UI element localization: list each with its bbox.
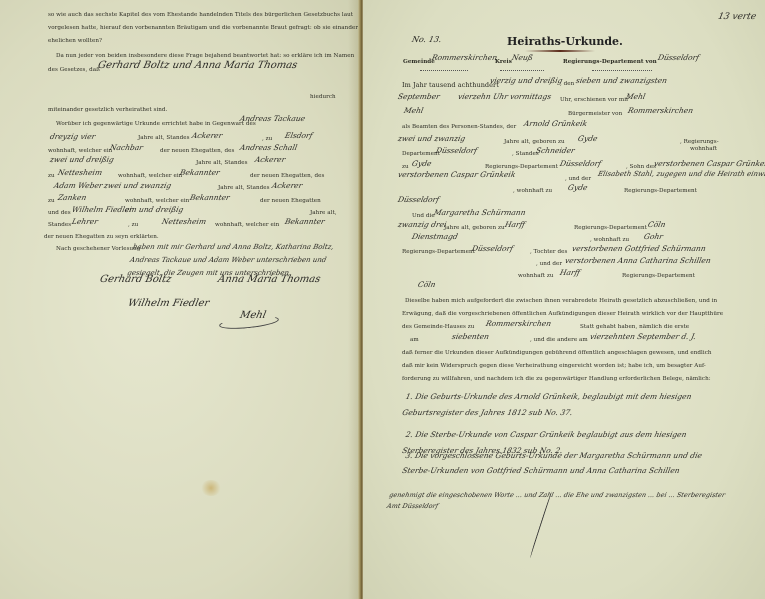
document-list-item-1: 1. Die Geburts-Urkunde des Arnold Grünke… xyxy=(401,389,738,421)
witness1-status: Ackerer xyxy=(191,131,223,140)
printed-line: hiedurch xyxy=(310,94,336,100)
gemeinde-value: Rommerskirchen xyxy=(431,53,498,62)
printed-line: der neuen Ehegatten, des xyxy=(160,148,234,154)
witness2-relation: Bekannter xyxy=(179,168,221,177)
groom-age: zwei und zwanzig xyxy=(397,134,466,143)
printed-line: ehelichen wollten? xyxy=(48,38,102,44)
document-list-item-3: 3. Die vorgeschlossene Geburts-Urkunde d… xyxy=(401,448,707,478)
year-value: vierzig und dreißig xyxy=(489,76,563,85)
printed-line: , den xyxy=(560,81,574,87)
printed-paragraph: daß mir kein Widerspruch gegen diese Ver… xyxy=(402,363,706,369)
bride-father: verstorbenen Gottfried Schürmann xyxy=(571,244,707,253)
printed-paragraph: am xyxy=(410,337,419,343)
witness1-relation: Nachbar xyxy=(109,143,144,152)
witness4-age: ein und dreißig xyxy=(124,205,184,214)
record-number: No. 13. xyxy=(411,35,442,44)
printed-line: Jahre alt, Standes xyxy=(138,135,190,141)
kreis-label: Kreis xyxy=(495,59,512,65)
printed-line: zu xyxy=(48,173,55,179)
handwritten-spouses: Gerhard Boltz und Anna Maria Thomas xyxy=(97,60,299,71)
mother2-department: Cöln xyxy=(417,280,436,289)
printed-line: , zu xyxy=(262,136,272,142)
witness2-age: zwei und dreißig xyxy=(49,155,115,164)
witness2-place: Nettesheim xyxy=(57,168,103,177)
document-title: Heiraths-Urkunde. xyxy=(507,35,623,48)
month-value: September xyxy=(397,92,441,101)
mayor-town-value: Rommerskirchen xyxy=(627,106,694,115)
witness1-name: Andreas Tackaue xyxy=(239,114,306,123)
printed-line: vorgelesen hatte, hierauf den vorbenannt… xyxy=(48,25,358,31)
witness3-relation: Bekannter xyxy=(189,193,231,202)
mayor-value: Mehl xyxy=(625,92,646,101)
printed-line: , wohnhaft zu xyxy=(590,237,629,243)
printed-line: so wie auch das sechste Kapitel des vom … xyxy=(48,12,353,18)
witness3-status: Ackerer xyxy=(271,181,303,190)
groom-mother: Elisabeth Stahl, zugegen und die Heirath… xyxy=(597,170,765,178)
witness4-relation: Bekannter xyxy=(284,217,326,226)
signature-bride: Anna Maria Thomas xyxy=(217,274,322,285)
printed-line: der neuen Ehegatten zu seyn erklärten. xyxy=(44,234,159,240)
mayor-value-2: Mehl xyxy=(403,106,424,115)
printed-line: Jahre alt, geboren zu xyxy=(444,225,505,231)
bride-residence-dept: Düsseldorf xyxy=(471,244,514,253)
printed-paragraph: Erwägung, daß die vorgeschriebenen öffen… xyxy=(402,311,723,317)
printed-line: , und der xyxy=(536,261,562,267)
printed-line: wohnhaft xyxy=(690,146,717,152)
regierung-value: Düsseldorf xyxy=(657,53,700,62)
printed-line: Bürgermeister von xyxy=(568,111,622,117)
printed-paragraph: Dieselbe haben mich aufgefordert die zwi… xyxy=(405,298,717,304)
groom-residence-dept: Düsseldorf xyxy=(559,159,602,168)
printed-line: Regierungs-Departement xyxy=(402,249,475,255)
bride-mother: verstorbenen Anna Catharina Schillen xyxy=(564,256,712,265)
printed-line: und des xyxy=(48,210,71,216)
printed-line: wohnhaft zu xyxy=(518,273,554,279)
printed-line: miteinander gesetzlich verheirathet sind… xyxy=(48,107,167,113)
bride-department: Cöln xyxy=(647,220,666,229)
printed-line: Im Jahr tausend achthundert xyxy=(402,81,499,89)
printed-line: des Gesetzes, daß xyxy=(48,67,100,73)
witness4-status: Lehrer xyxy=(71,217,99,226)
groom-residence: Gyde xyxy=(411,159,432,168)
mother2-residence: Harff xyxy=(559,268,581,277)
banns-second: vierzehnten September d. J. xyxy=(589,332,697,341)
witness3-age: zwei und zwanzig xyxy=(103,181,172,190)
printed-line: der neuen Ehegatten xyxy=(260,198,321,204)
printed-line: der neuen Ehegatten, des xyxy=(250,173,324,179)
printed-paragraph: des Gemeinde-Hauses zu xyxy=(402,324,474,330)
kreis-value: Neuß xyxy=(511,53,534,62)
day-value: sieben und zwanzigsten xyxy=(575,76,668,85)
regierung-label: Regierungs-Departement von xyxy=(563,59,657,65)
page-number-annotation: 13 verte xyxy=(717,12,757,22)
bride-name: Margaretha Schürmann xyxy=(433,208,526,217)
groom-father: verstorbenen Caspar Grünkeik xyxy=(653,159,765,168)
bride-status: Dienstmagd xyxy=(411,232,459,241)
printed-line: zu xyxy=(48,198,55,204)
printed-line: wohnhaft, welcher ein xyxy=(118,173,182,179)
bride-age: zwanzig drei xyxy=(397,220,447,229)
printed-paragraph: Statt gehabt haben, nämlich die erste xyxy=(580,324,689,330)
printed-line: , Regierungs- xyxy=(680,139,719,145)
printed-line: Regierungs-Departement xyxy=(574,225,647,231)
printed-line: Jahre alt, Standes xyxy=(218,185,270,191)
mother-department: Düsseldorf xyxy=(397,195,440,204)
printed-line: Standes xyxy=(48,222,71,228)
groom-birthplace: Gyde xyxy=(577,134,598,143)
witness3-name: Adam Weber xyxy=(53,181,103,190)
groom-name: Arnold Grünkeik xyxy=(523,119,588,128)
printed-line: , wohnhaft zu xyxy=(513,188,552,194)
time-value: vierzehn Uhr vormittags xyxy=(457,92,552,101)
printed-line: Und die xyxy=(412,213,435,219)
printed-line: Da nun jeder von beiden insbesondere die… xyxy=(56,53,354,59)
printed-line: Regierungs-Departement xyxy=(622,273,695,279)
banns-town: Rommerskirchen xyxy=(485,319,552,328)
printed-line: , zu xyxy=(128,222,138,228)
handwritten-footnote: genehmigt die eingeschobenen Worte ... u… xyxy=(386,490,741,512)
mother-residence: Gyde xyxy=(567,183,588,192)
witness2-status: Ackerer xyxy=(254,155,286,164)
printed-line: wohnhaft, welcher ein xyxy=(48,148,112,154)
printed-paragraph: forderung zu willfahren, und nachdem ich… xyxy=(402,376,711,382)
printed-line: Uhr, erschienen vor mir xyxy=(560,97,629,103)
groom-father-name: verstorbenen Caspar Grünkeik xyxy=(397,170,516,179)
printed-paragraph: , und die andere am xyxy=(530,337,588,343)
printed-line: wohnhaft, welcher ein xyxy=(215,222,279,228)
field-underline xyxy=(592,70,652,71)
witness2-name: Andreas Schall xyxy=(239,143,298,152)
printed-line: als Beamten des Personen-Standes, der xyxy=(402,124,516,130)
witness3-place: Zanken xyxy=(57,193,87,202)
printed-line: Nach geschehener Vorlesung xyxy=(56,246,140,252)
bride-residence: Gohr xyxy=(643,232,664,241)
printed-line: Worüber ich gegenwärtige Urkunde erricht… xyxy=(56,121,256,127)
groom-status: Schneider xyxy=(535,146,576,155)
banns-first: siebenten xyxy=(451,332,490,341)
field-underline xyxy=(500,70,544,71)
printed-paragraph: daß ferner die Urkunden dieser Aufkündig… xyxy=(402,350,712,356)
field-underline xyxy=(420,70,468,71)
printed-line: wohnhaft, welcher ein xyxy=(125,198,189,204)
witness1-place: Elsdorf xyxy=(284,131,313,140)
paper-stain xyxy=(200,480,222,496)
groom-department: Düsseldorf xyxy=(435,146,478,155)
title-rule xyxy=(525,50,595,52)
printed-line: , und der xyxy=(565,176,591,182)
printed-line: Jahre alt, Standes xyxy=(196,160,248,166)
printed-line: Regierungs-Departement xyxy=(624,188,697,194)
signature-groom: Gerhard Boltz xyxy=(99,274,173,285)
printed-line: , Tochter des xyxy=(530,249,567,255)
printed-line: Jahre alt, geboren zu xyxy=(504,139,565,145)
signature-witness: Wilhelm Fiedler xyxy=(127,298,210,309)
printed-line: Jahre alt, xyxy=(310,210,337,216)
witness4-place: Nettesheim xyxy=(161,217,207,226)
page-shadow xyxy=(348,0,358,599)
witness1-age: dreyzig vier xyxy=(49,132,96,141)
gemeinde-label: Gemeinde xyxy=(403,59,435,65)
bride-birthplace: Harff xyxy=(504,220,526,229)
